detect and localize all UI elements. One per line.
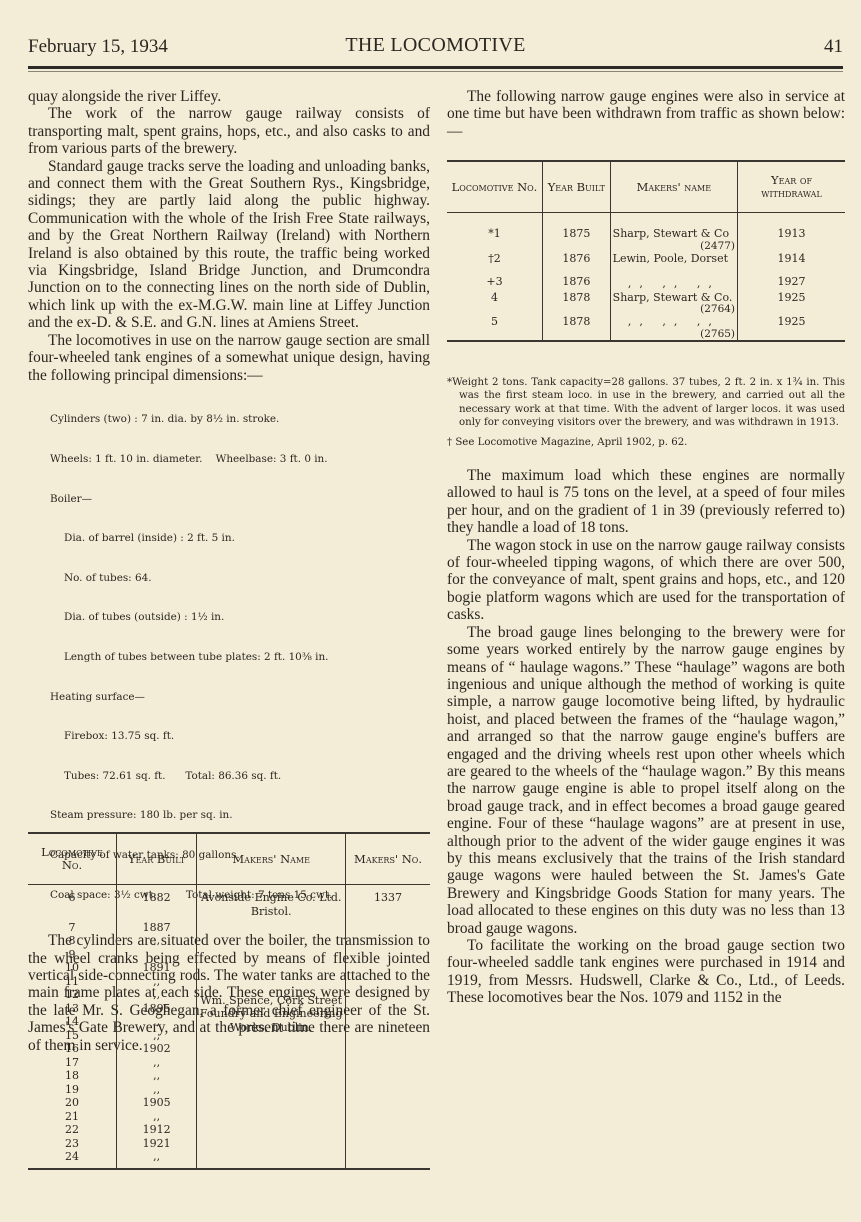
table-row: 5 1878 ,, ,, ,,(2765) 1925: [447, 315, 845, 340]
paragraph: The broad gauge lines belonging to the b…: [447, 624, 845, 937]
header-makers-no: Makers' No.: [346, 834, 430, 885]
table-row: +3 1876 ,, ,, ,, 1927: [447, 265, 845, 291]
header-makers-name: Makers' name: [610, 162, 737, 213]
table-row: 4 1878 Sharp, Stewart & Co.(2764) 1925: [447, 291, 845, 316]
header-year-built: Year Built: [116, 834, 196, 885]
page-header: February 15, 1934 THE LOCOMOTIVE 41: [28, 34, 843, 64]
paragraph: Standard gauge tracks serve the loading …: [28, 158, 430, 332]
header-rule-thin: [28, 71, 843, 72]
header-year-of-withdrawal: Year of withdrawal: [738, 162, 845, 213]
withdrawn-locomotives-table: Locomotive No. Year Built Makers' name Y…: [447, 160, 845, 342]
right-column: The following narrow gauge engines were …: [447, 88, 845, 140]
spec-line: Steam pressure: 180 lb. per sq. in.: [50, 809, 430, 822]
paragraph: The work of the narrow gauge railway con…: [28, 105, 430, 157]
paragraph: The wagon stock in use on the narrow gau…: [447, 537, 845, 624]
spec-line: Dia. of tubes (outside) : 1½ in.: [50, 611, 430, 624]
maker-avonside: Avonside Engine Co. Ltd. Bristol.: [197, 885, 346, 921]
table-row: 71887 Wm. Spence, Cork Street Foundry an…: [28, 921, 430, 935]
spec-line: Tubes: 72.61 sq. ft. Total: 86.36 sq. ft…: [50, 770, 430, 783]
header-rule: [28, 66, 843, 69]
paragraph: The following narrow gauge engines were …: [447, 88, 845, 140]
paragraph: The maximum load which these engines are…: [447, 467, 845, 537]
spec-line: Length of tubes between tube plates: 2 f…: [50, 651, 430, 664]
header-locomotive-no: Locomotive No.: [28, 834, 116, 885]
table-row: 6 1882 Avonside Engine Co. Ltd. Bristol.…: [28, 885, 430, 921]
page-number: 41: [824, 36, 843, 58]
spec-line: Heating surface—: [50, 691, 430, 704]
footnote-dagger: † See Locomotive Magazine, April 1902, p…: [447, 436, 845, 449]
publication-title: THE LOCOMOTIVE: [28, 34, 843, 57]
spec-line: Cylinders (two) : 7 in. dia. by 8½ in. s…: [50, 413, 430, 426]
header-locomotive-no: Locomotive No.: [447, 162, 543, 213]
paragraph: To facilitate the working on the broad g…: [447, 937, 845, 1007]
maker-spence: Wm. Spence, Cork Street Foundry and Engi…: [197, 921, 346, 1168]
footnotes: *Weight 2 tons. Tank capacity=28 gallons…: [447, 376, 845, 449]
header-year-built: Year Built: [543, 162, 611, 213]
paragraph: quay alongside the river Liffey.: [28, 88, 430, 105]
locomotives-in-service-table: Locomotive No. Year Built Makers' Name M…: [28, 832, 430, 1170]
spec-line: No. of tubes: 64.: [50, 572, 430, 585]
table-row: †2 1876 Lewin, Poole, Dorset 1914: [447, 252, 845, 266]
spec-line: Boiler—: [50, 493, 430, 506]
paragraph: The locomotives in use on the narrow gau…: [28, 332, 430, 384]
maker-no: 1337: [346, 885, 430, 921]
footnote-asterisk: *Weight 2 tons. Tank capacity=28 gallons…: [447, 376, 845, 430]
spec-line: Wheels: 1 ft. 10 in. diameter. Wheelbase…: [50, 453, 430, 466]
right-column-lower: *Weight 2 tons. Tank capacity=28 gallons…: [447, 376, 845, 1007]
spec-line: Firebox: 13.75 sq. ft.: [50, 730, 430, 743]
header-makers-name: Makers' Name: [197, 834, 346, 885]
table-row: *1 1875 Sharp, Stewart & Co(2477) 1913: [447, 213, 845, 252]
spec-line: Dia. of barrel (inside) : 2 ft. 5 in.: [50, 532, 430, 545]
